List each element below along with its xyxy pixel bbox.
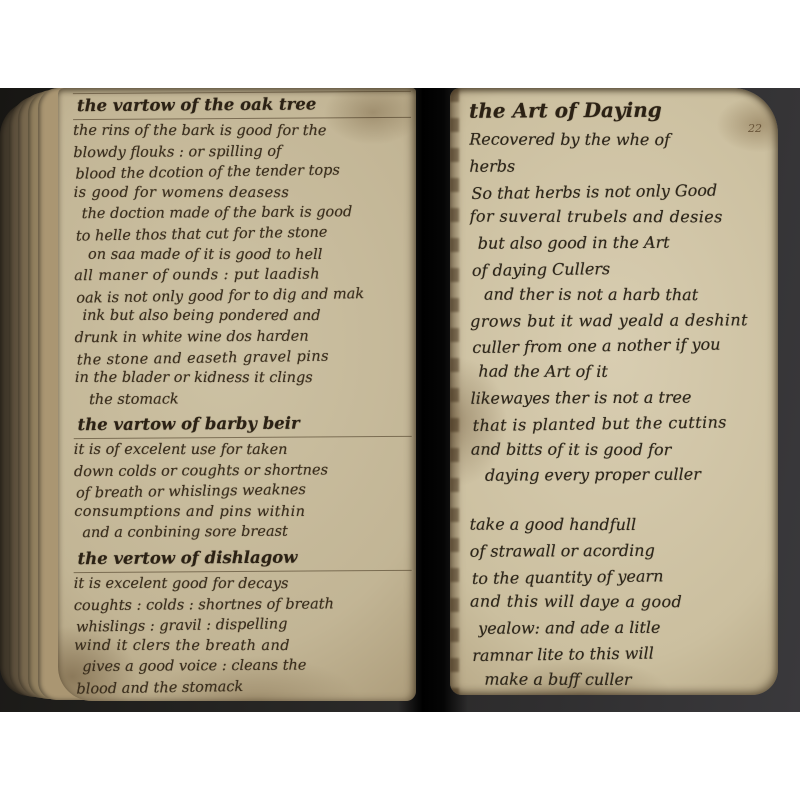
handwritten-line: likewayes ther is not a tree — [470, 384, 768, 411]
handwritten-line: in the blader or kidness it clings — [75, 368, 413, 389]
handwritten-line: daying every proper culler — [485, 462, 769, 489]
handwritten-line: it is of excelent use for taken — [74, 440, 412, 461]
handwritten-line: and this will daye a good — [470, 589, 768, 616]
section-lines: it is excelent good for decayscoughts : … — [74, 573, 413, 699]
section-art-of-daying: the Art of Daying Recovered by the whe o… — [469, 95, 769, 489]
handwritten-line: ramnar lite to this will — [472, 639, 770, 669]
handwritten-line: of daying Cullers — [472, 254, 770, 284]
handwritten-line: consumptions and pins within — [74, 502, 412, 523]
section-oak-tree: the vartow of the oak tree the rins of t… — [73, 91, 413, 411]
handwritten-line: of strawall or acording — [470, 537, 768, 564]
section-lines: take a good handfullof strawall or acord… — [470, 511, 769, 693]
handwritten-line: herbs — [469, 152, 767, 179]
handwritten-line: is good for womens deasess — [74, 183, 412, 204]
handwritten-line: of breath or whislings weaknes — [76, 479, 414, 505]
handwritten-line: wind it clers the breath and — [74, 636, 412, 657]
handwritten-line: yealow: and ade a litle — [478, 615, 768, 642]
handwritten-line: ink but also being pondered and — [82, 306, 412, 327]
handwritten-line: the rins of the bark is good for the — [73, 121, 411, 142]
handwritten-line: Recovered by the whe of — [469, 127, 767, 154]
handwritten-line: culler from one a nother if you — [472, 331, 770, 361]
handwritten-line: on saa made of it is good to hell — [88, 244, 412, 265]
section-lines: it is of excelent use for takendown cold… — [74, 439, 413, 544]
handwritten-line: make a buff culler — [484, 667, 768, 694]
handwritten-line: take a good handfull — [470, 512, 768, 539]
left-page: the vartow of the oak tree the rins of t… — [58, 88, 416, 701]
section-heading: the vertow of dishlagow — [73, 545, 411, 573]
section-heading: the vartow of barby beir — [74, 411, 412, 439]
section-lines: the rins of the bark is good for theblow… — [73, 120, 413, 411]
section-lines: Recovered by the whe ofherbsSo that herb… — [469, 126, 769, 489]
handwritten-line: that is planted but the cuttins — [473, 409, 771, 439]
handwritten-line: for suveral trubels and desies — [470, 204, 768, 231]
handwritten-line: and ther is not a harb that — [484, 281, 768, 308]
handwritten-line: to the quantity of yearn — [472, 562, 770, 592]
handwritten-line: whislings : gravil : dispelling — [76, 613, 414, 639]
section-daying-recipe: take a good handfullof strawall or acord… — [470, 511, 769, 693]
right-page: 22 the Art of Daying Recovered by the wh… — [450, 88, 778, 695]
handwritten-line: it is excelent good for decays — [74, 574, 412, 595]
section-heading: the vartow of the oak tree — [73, 91, 411, 120]
handwritten-line: to helle thos that cut for the stone — [76, 221, 414, 247]
handwritten-line: the stomack — [89, 388, 413, 411]
section-dishlagow: the vertow of dishlagow it is excelent g… — [73, 545, 412, 699]
handwritten-line: blood the dcotion of the tender tops — [75, 160, 413, 186]
photo-area: the vartow of the oak tree the rins of t… — [0, 88, 800, 712]
handwritten-line: and bitts of it is good for — [471, 436, 769, 463]
handwritten-line: but also good in the Art — [478, 229, 768, 256]
handwritten-line: had the Art of it — [478, 359, 768, 386]
handwritten-line: grows but it wad yeald a deshint — [470, 307, 768, 334]
section-heading: the Art of Daying — [469, 95, 767, 125]
handwritten-line: blood and the stomack — [76, 675, 414, 701]
handwritten-line: and a conbining sore breast — [82, 522, 412, 545]
section-barby-beir: the vartow of barby beir it is of excele… — [74, 411, 413, 544]
handwritten-line: So that herbs is not only Good — [471, 176, 769, 206]
handwritten-line: the stone and easeth gravel pins — [77, 345, 415, 371]
manuscript-photo: the vartow of the oak tree the rins of t… — [0, 0, 800, 800]
